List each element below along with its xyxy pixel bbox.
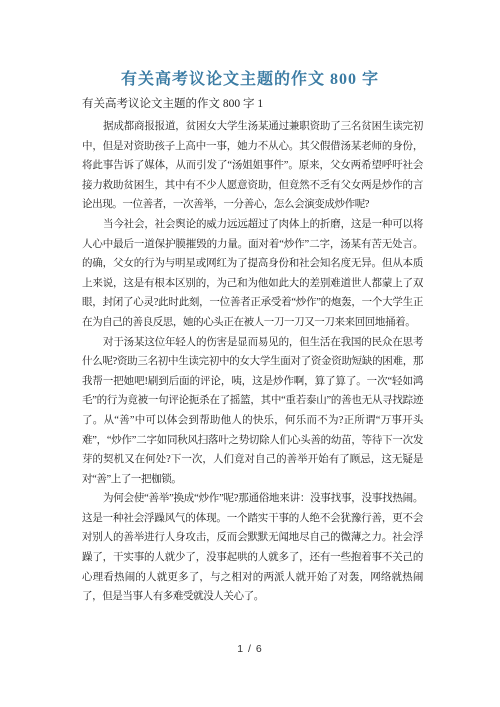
paragraph: 当今社会，社会舆论的威力远远超过了肉体上的折磨，这是一种可以将人心中最后一道保护…: [82, 215, 423, 333]
document-body: 据成都商报报道，贫困女大学生汤某通过兼职资助了三名贫困生读完初中，但是对资助孩子…: [82, 117, 423, 607]
document-page: 有关高考议论文主题的作文 800 字 有关高考议论文主题的作文 800 字 1 …: [0, 0, 500, 707]
paragraph: 对于汤某这位年轻人的伤害是显而易见的，但生活在我国的民众在思考什么呢?资助三名初…: [82, 333, 423, 490]
page-indicator: 1 / 6: [0, 643, 500, 655]
paragraph: 为何会使“善举”换成“炒作”呢?那通俗地来讲：没事找事，没事找热闹。这是一种社会…: [82, 489, 423, 607]
document-title: 有关高考议论文主题的作文 800 字: [0, 0, 500, 89]
document-subtitle: 有关高考议论文主题的作文 800 字 1: [82, 98, 500, 111]
paragraph: 据成都商报报道，贫困女大学生汤某通过兼职资助了三名贫困生读完初中，但是对资助孩子…: [82, 117, 423, 215]
